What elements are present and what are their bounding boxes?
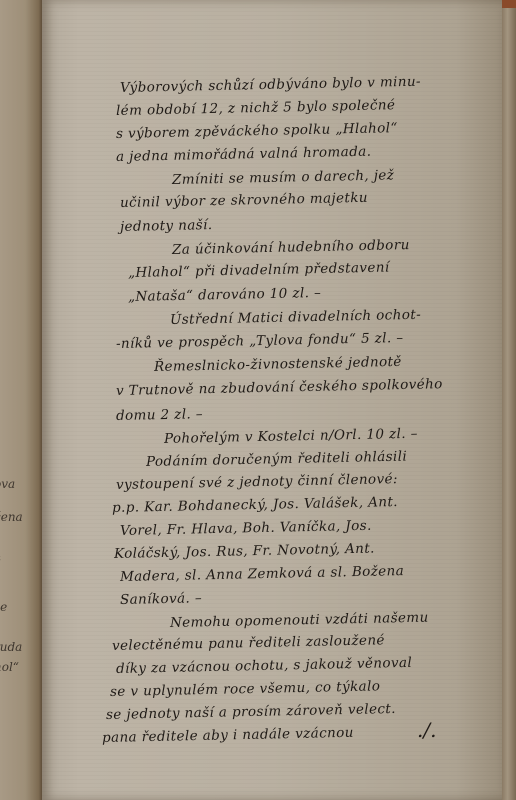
page-edge-right [502,0,516,800]
left-page-fragment: se [0,600,7,614]
text-line: se v uplynulém roce všemu, co týkalo [110,678,381,700]
left-page-fragment: hol“ [0,660,19,674]
text-line: Pohořelým v Kostelci n/Orl. 10 zl. – [164,426,418,447]
text-line: jednoty naší. [120,217,213,235]
text-line: Podáním doručeným řediteli ohlásili [146,449,407,470]
text-line: Zmíniti se musím o darech, jež [172,167,395,188]
text-line: Řemeslnicko-živnostenské jednotě [154,354,402,375]
text-line: Výborových schůzí odbýváno bylo v minu- [120,74,421,96]
text-line: učinil výbor ze skrovného majetku [120,190,368,211]
left-page-fragment: čena [0,510,23,524]
text-line: Za účinkování hudebního odboru [172,237,410,258]
text-line: díky za vzácnou ochotu, s jakouž věnoval [116,655,412,677]
text-line: „Nataša“ darováno 10 zl. – [128,285,321,305]
left-page-fragment: ruda [0,640,22,654]
closing-mark: ./. [417,718,436,742]
text-line: velectěnému panu řediteli zasloužené [112,632,385,654]
adjacent-left-page: ova čena ž ′ se ruda hol“ [0,0,42,800]
text-line: Ústřední Matici divadelních ochot- [170,307,421,328]
text-line: domu 2 zl. – [116,406,203,424]
text-line: pana ředitele aby i nadále vzácnou [102,725,354,746]
manuscript-page: Výborových schůzí odbýváno bylo v minu- … [42,0,502,800]
text-line: se jednoty naší a prosím zároveň velect. [106,701,396,723]
text-line: v Trutnově na zbudování českého spolkové… [116,376,443,399]
text-line: „Hlahol“ při divadelním představení [128,260,390,281]
text-line: a jedna mimořádná valná hromada. [116,144,372,165]
text-line: Madera, sl. Anna Zemková a sl. Božena [120,563,404,585]
handwritten-text: Výborových schůzí odbýváno bylo v minu- … [42,0,502,800]
text-line: lém období 12, z nichž 5 bylo společné [116,97,396,119]
text-line: vystoupení své z jednoty činní členové: [116,471,398,493]
text-line: p.p. Kar. Bohdanecký, Jos. Valášek, Ant. [112,494,398,516]
text-line: Vorel, Fr. Hlava, Boh. Vaníčka, Jos. [120,518,372,539]
text-line: Nemohu opomenouti vzdáti našemu [170,610,429,631]
binding-edge [502,0,516,8]
left-page-fragment: ova [0,477,15,491]
text-line: Saníková. – [120,590,202,608]
text-line: Koláčský, Jos. Rus, Fr. Novotný, Ant. [114,541,375,562]
text-line: -níků ve prospěch „Tylova fondu“ 5 zl. – [116,330,404,352]
text-line: s výborem zpěváckého spolku „Hlahol“ [116,120,398,142]
